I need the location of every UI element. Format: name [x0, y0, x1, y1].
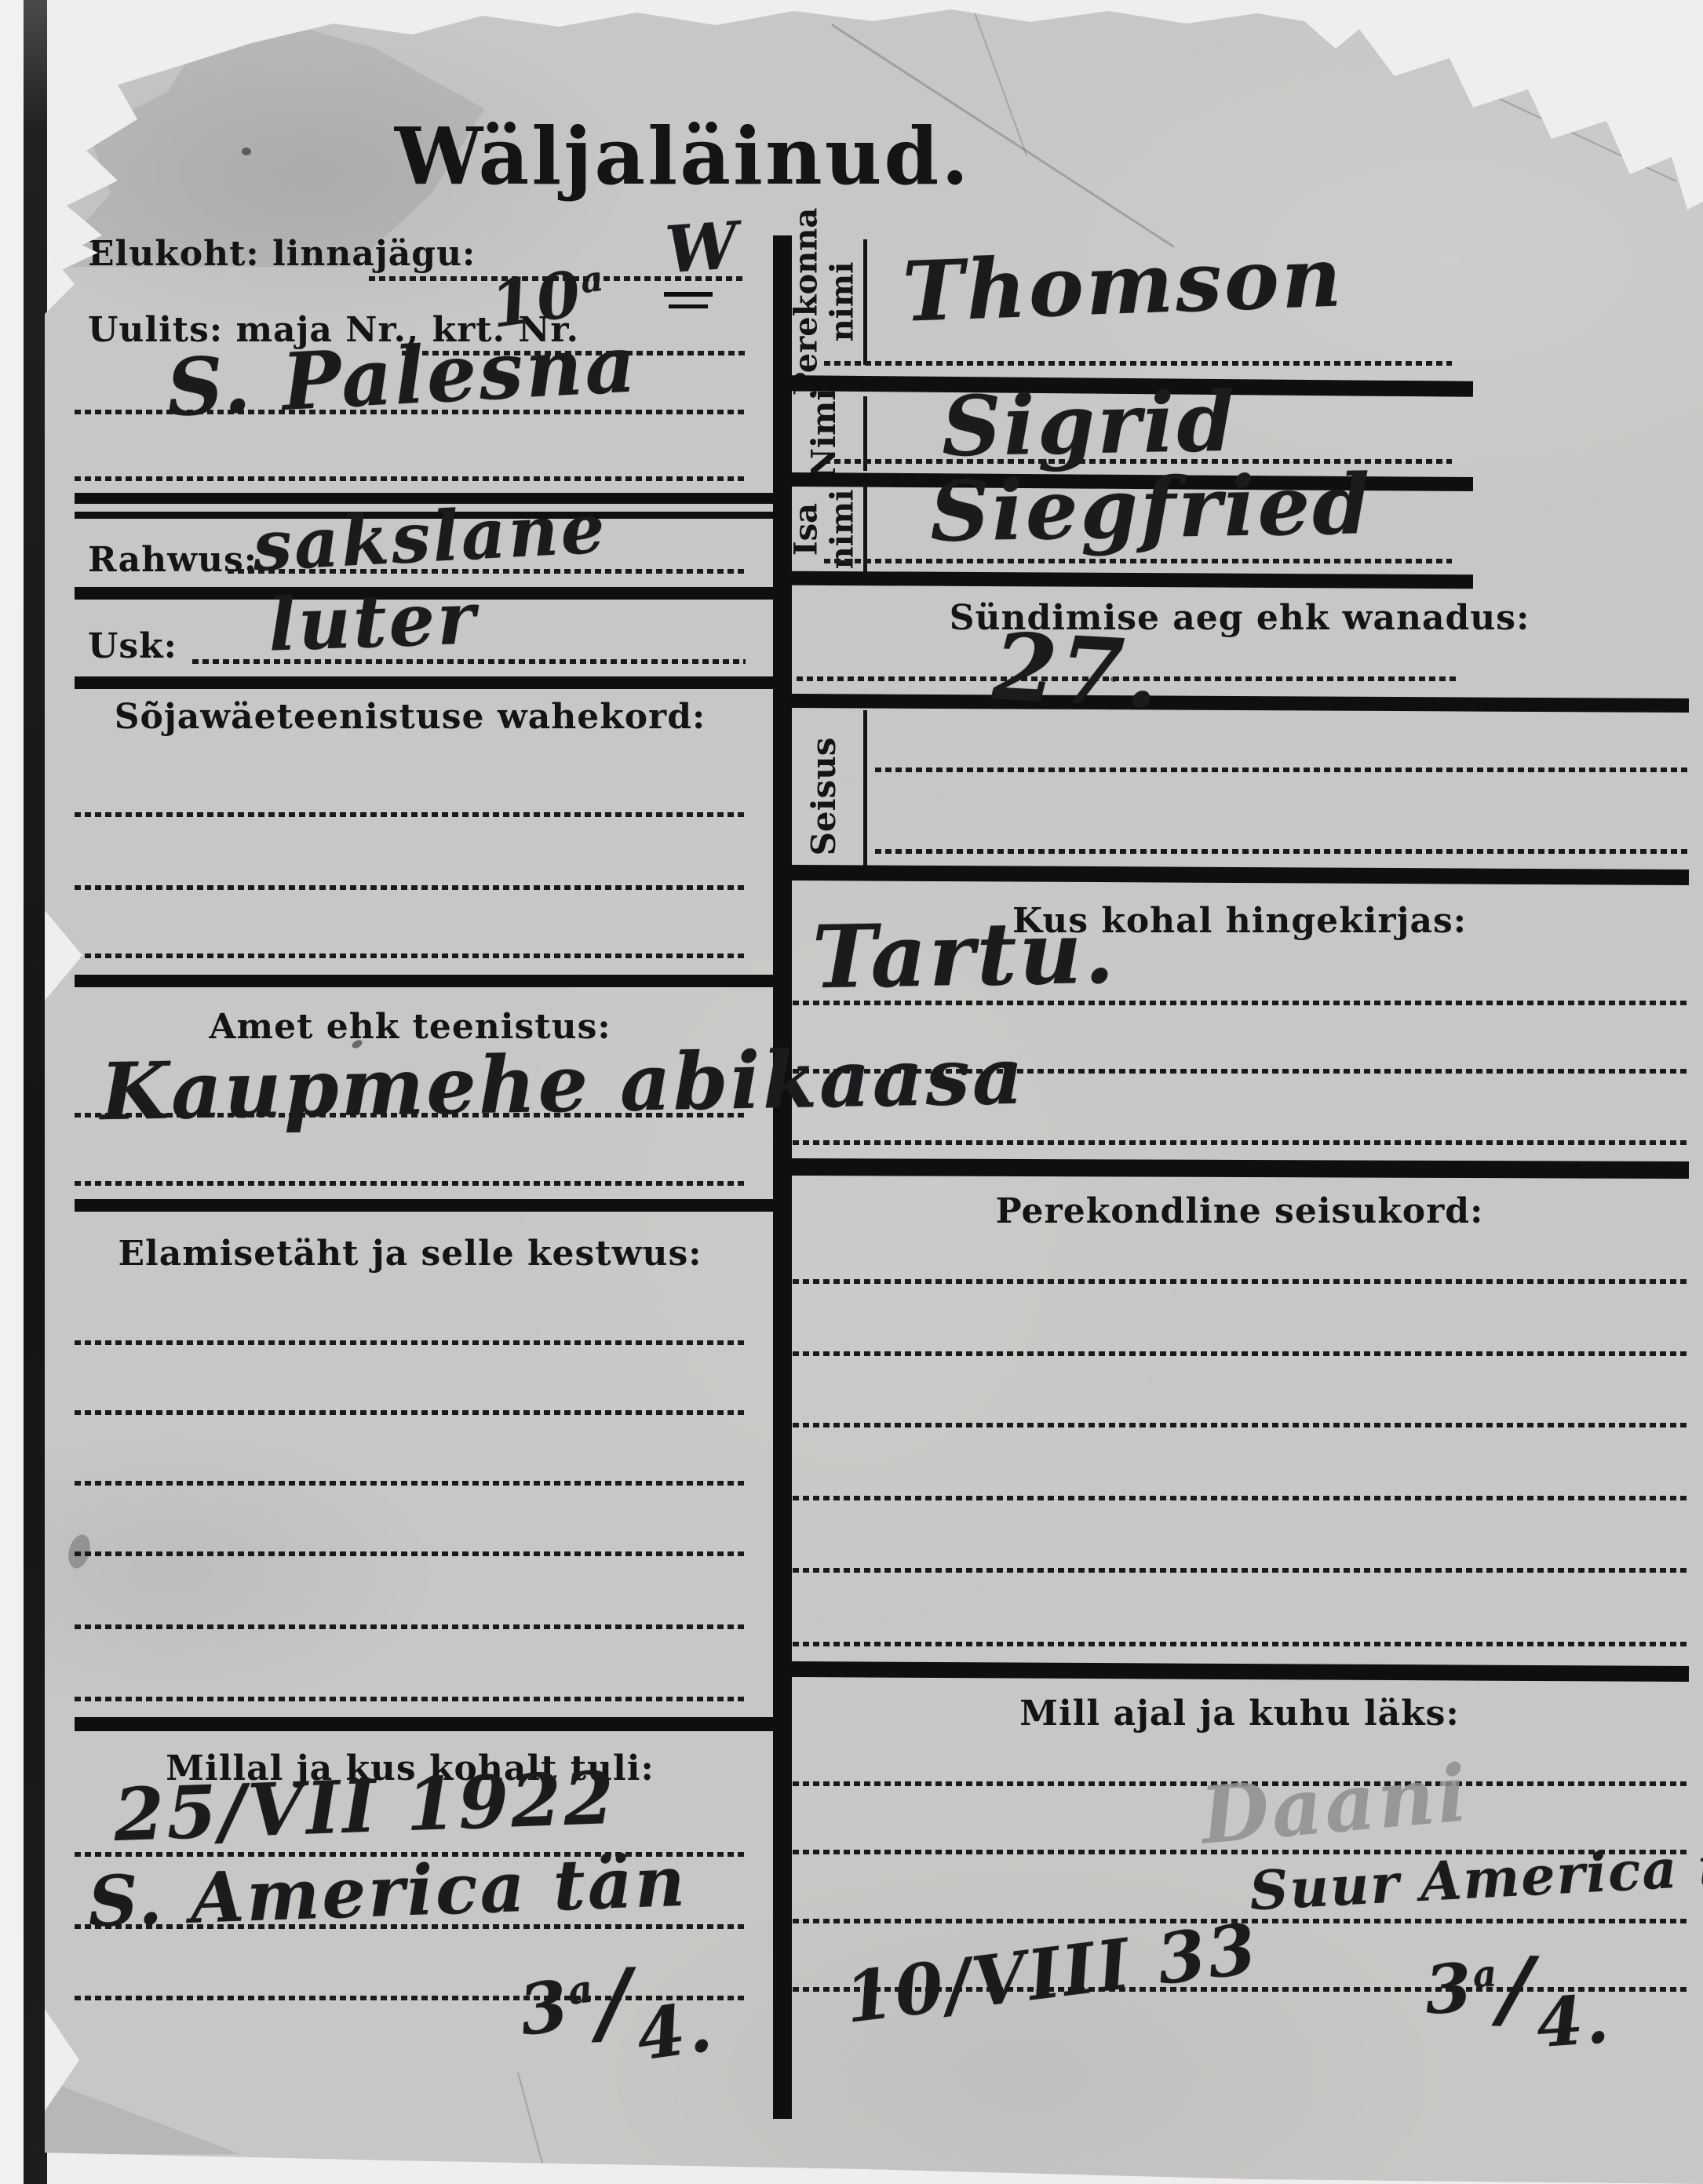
row-label-line: nimi — [824, 262, 860, 342]
section-rule — [790, 571, 1473, 589]
dotted-line — [75, 1340, 746, 1345]
fraction-slash: / — [595, 1949, 633, 2055]
scan-margin — [0, 0, 24, 2184]
heading-perekondline: Perekondline seisukord: — [790, 1191, 1689, 1231]
field-label-rahwus: Rahwus: — [88, 540, 257, 580]
section-rule — [75, 1717, 773, 1731]
handwriting-amet-value: Kaupmehe abikaasa — [100, 1030, 1026, 1139]
dotted-line — [75, 885, 746, 890]
apartment-nr: 4. — [1534, 1980, 1614, 2063]
handwriting-destination-pencil: Daani — [1198, 1746, 1473, 1861]
dotted-line — [75, 1996, 746, 2000]
dotted-line — [75, 812, 746, 817]
dotted-line — [793, 1140, 1687, 1145]
row-label-line: nimi — [824, 490, 860, 570]
dotted-line — [793, 1351, 1687, 1356]
house-nr-suffix: a — [578, 258, 607, 301]
row-label-nimi: Nimi — [800, 386, 848, 480]
dotted-line — [75, 1924, 746, 1929]
form-title: Wäljaläinud. — [330, 110, 1036, 202]
dotted-line — [75, 953, 746, 958]
crease-line — [517, 2073, 549, 2184]
section-rule — [75, 1199, 773, 1212]
row-label-line: Seisus — [806, 738, 842, 856]
dotted-line — [793, 1069, 1687, 1074]
dotted-line — [75, 1481, 746, 1486]
heading-elamisetaht: Elamisetäht ja selle kestwus: — [75, 1234, 746, 1274]
field-label-elukoht: Elukoht: linnajägu: — [88, 234, 476, 274]
handwriting-age: 27. — [990, 611, 1164, 729]
section-rule — [790, 1661, 1689, 1682]
section-rule — [75, 676, 773, 689]
dotted-line — [793, 1642, 1687, 1646]
dotted-line — [75, 410, 746, 414]
underline-stroke — [669, 304, 708, 308]
handwriting-father-name: Siegfried — [929, 455, 1373, 560]
dotted-line — [824, 361, 1452, 366]
crease-line — [1491, 94, 1676, 182]
heading-sojawaeteenistus: Sõjawäeteenistuse wahekord: — [75, 697, 746, 737]
field-label-usk: Usk: — [88, 626, 177, 666]
underline-stroke — [664, 292, 713, 297]
dotted-line — [75, 1551, 746, 1556]
scanned-registration-card: Wäljaläinud. Elukoht: linnajägu: W Uulit… — [0, 0, 1703, 2184]
dotted-line — [793, 1423, 1687, 1427]
dotted-line — [75, 1181, 746, 1186]
row-label-seisus: Seisus — [800, 714, 848, 879]
section-rule — [790, 694, 1689, 713]
dotted-line — [75, 1113, 746, 1118]
handwriting-arrival-house: 3a/4. — [512, 1926, 714, 2056]
heading-sundimise-aeg: Sündimise aeg ehk wanadus: — [790, 598, 1689, 638]
heading-kuhu-laks: Mill ajal ja kuhu läks: — [790, 1694, 1689, 1734]
row-label-perekonna-nimi: Perekonna nimi — [787, 235, 862, 369]
ink-speck — [242, 148, 251, 155]
handwriting-arrival-date: 25/VII 1922 — [112, 1756, 618, 1858]
handwriting-departure-date: 10/VIII 33 — [841, 1907, 1263, 2039]
handwriting-departure-house: 3a/4. — [1421, 1920, 1611, 2035]
label-separator — [863, 239, 867, 365]
dotted-line — [793, 1987, 1687, 1992]
house-nr-suffix: a — [565, 1967, 598, 2014]
dotted-line — [75, 1410, 746, 1415]
dotted-line — [793, 1496, 1687, 1500]
dotted-line — [75, 1697, 746, 1701]
section-rule — [790, 1158, 1689, 1179]
row-label-isa-nimi: Isa nimi — [787, 479, 862, 581]
section-rule — [790, 865, 1689, 885]
row-label-line: Nimi — [806, 388, 842, 479]
handwriting-surname: Thomson — [901, 228, 1345, 341]
handwriting-usk-value: luter — [267, 575, 479, 667]
dotted-line — [793, 1001, 1687, 1005]
film-edge — [24, 0, 47, 2184]
row-label-line: Perekonna — [788, 208, 824, 396]
handwriting-elukoht-value: W — [663, 208, 743, 288]
dotted-line — [875, 767, 1687, 772]
section-rule — [75, 975, 773, 987]
dotted-line — [75, 1624, 746, 1629]
bottom-fold-shading — [45, 2080, 241, 2154]
dotted-line — [75, 476, 746, 481]
dotted-line — [824, 559, 1452, 563]
dotted-line — [793, 1568, 1687, 1573]
dotted-line — [875, 849, 1687, 854]
row-label-line: Isa — [788, 503, 824, 556]
dotted-line — [793, 1279, 1687, 1284]
paper-sheet: Wäljaläinud. Elukoht: linnajägu: W Uulit… — [0, 0, 1703, 2184]
handwriting-parish: Tartu. — [811, 902, 1118, 1008]
label-separator — [863, 710, 867, 879]
